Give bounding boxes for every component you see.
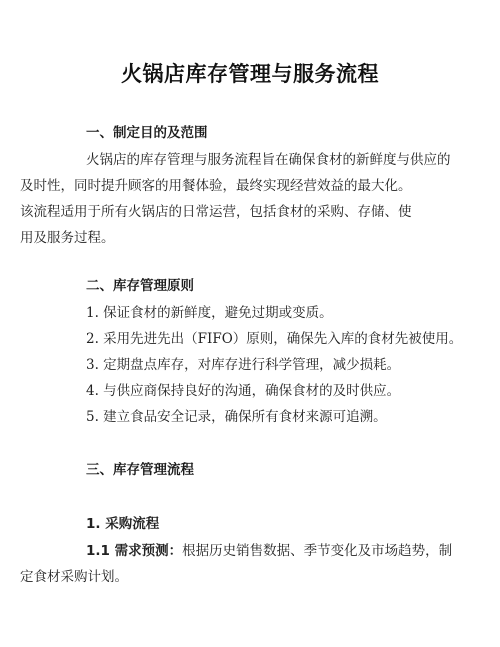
list-item: 5. 建立食品安全记录，确保所有食材来源可追溯。 (86, 405, 387, 425)
list-item: 4. 与供应商保持良好的沟通，确保食材的及时供应。 (86, 379, 400, 399)
list-item: 2. 采用先进先出（FIFO）原则，确保先入库的食材先被使用。 (86, 327, 462, 347)
paragraph-line: 及时性，同时提升顾客的用餐体验，最终实现经营效益的最大化。 (20, 174, 412, 194)
section-heading-purpose: 一、制定目的及范围 (86, 121, 208, 141)
list-item: 3. 定期盘点库存，对库存进行科学管理，减少损耗。 (86, 353, 400, 373)
paragraph-line: 该流程适用于所有火锅店的日常运营，包括食材的采购、存储、使 (20, 200, 412, 220)
sub-item: 1.1 需求预测：根据历史销售数据、季节变化及市场趋势，制 (86, 539, 452, 559)
paragraph-line: 火锅店的库存管理与服务流程旨在确保食材的新鲜度与供应的 (86, 148, 451, 168)
sub-item-text: 根据历史销售数据、季节变化及市场趋势，制 (182, 543, 452, 559)
section-heading-principles: 二、库存管理原则 (86, 274, 194, 294)
subheading-procurement: 1. 采购流程 (86, 512, 159, 532)
list-item: 1. 保证食材的新鲜度，避免过期或变质。 (86, 301, 333, 321)
sub-item-number: 1.1 (86, 543, 115, 559)
paragraph-line: 用及服务过程。 (20, 226, 115, 246)
section-heading-process: 三、库存管理流程 (86, 458, 194, 478)
document-title: 火锅店库存管理与服务流程 (0, 58, 500, 88)
sub-item-continuation: 定食材采购计划。 (20, 565, 128, 585)
sub-item-label: 需求预测： (115, 543, 183, 559)
document-page: 火锅店库存管理与服务流程 一、制定目的及范围 火锅店的库存管理与服务流程旨在确保… (0, 0, 500, 647)
